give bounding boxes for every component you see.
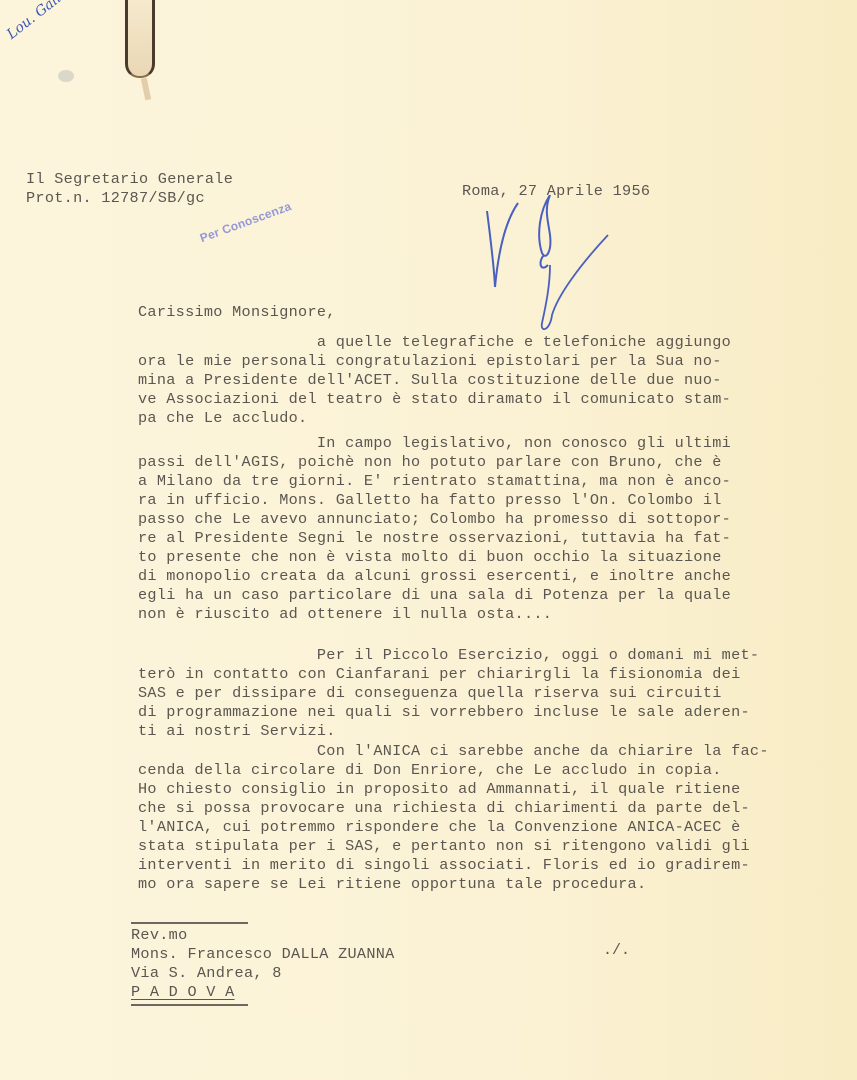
body-line: cenda della circolare di Don Enriore, ch… bbox=[138, 761, 722, 780]
divider-rule bbox=[131, 922, 248, 924]
recipient-street: Via S. Andrea, 8 bbox=[131, 964, 282, 983]
body-line: stata stipulata per i SAS, e pertanto no… bbox=[138, 837, 750, 856]
body-line: di monopolio creata da alcuni grossi ese… bbox=[138, 567, 731, 586]
protocol-number: Prot.n. 12787/SB/gc bbox=[26, 189, 205, 208]
letter-page: Lou. Galletto Il Segretario Generale Pro… bbox=[0, 0, 857, 1080]
handwritten-initials-icon bbox=[480, 195, 620, 335]
body-line: interventi in merito di singoli associat… bbox=[138, 856, 750, 875]
continuation-mark: ./. bbox=[603, 942, 630, 959]
body-line: passi dell'AGIS, poichè non ho potuto pa… bbox=[138, 453, 722, 472]
body-line: terò in contatto con Cianfarani per chia… bbox=[138, 665, 741, 684]
handwritten-note: Lou. Galletto bbox=[4, 0, 86, 43]
body-line: passo che Le avevo annunciato; Colombo h… bbox=[138, 510, 731, 529]
sender-title: Il Segretario Generale bbox=[26, 170, 233, 189]
body-line: ti ai nostri Servizi. bbox=[138, 722, 336, 741]
body-line: pa che Le accludo. bbox=[138, 409, 307, 428]
body-line: a quelle telegrafiche e telefoniche aggi… bbox=[138, 333, 731, 352]
body-line: di programmazione nei quali si vorrebber… bbox=[138, 703, 750, 722]
body-line: SAS e per dissipare di conseguenza quell… bbox=[138, 684, 722, 703]
body-line: mo ora sapere se Lei ritiene opportuna t… bbox=[138, 875, 646, 894]
per-conoscenza-stamp: Per Conoscenza bbox=[198, 199, 293, 245]
body-line: mina a Presidente dell'ACET. Sulla costi… bbox=[138, 371, 722, 390]
divider-rule bbox=[131, 1004, 248, 1006]
body-line: Per il Piccolo Esercizio, oggi o domani … bbox=[138, 646, 759, 665]
body-line: Ho chiesto consiglio in proposito ad Amm… bbox=[138, 780, 741, 799]
recipient-name: Mons. Francesco DALLA ZUANNA bbox=[131, 945, 395, 964]
body-line: a Milano da tre giorni. E' rientrato sta… bbox=[138, 472, 731, 491]
ink-smudge bbox=[58, 70, 74, 82]
body-line: Con l'ANICA ci sarebbe anche da chiarire… bbox=[138, 742, 769, 761]
body-line: che si possa provocare una richiesta di … bbox=[138, 799, 750, 818]
body-line: ve Associazioni del teatro è stato diram… bbox=[138, 390, 731, 409]
recipient-honorific: Rev.mo bbox=[131, 926, 187, 945]
body-line: egli ha un caso particolare di una sala … bbox=[138, 586, 731, 605]
recipient-city: P A D O V A bbox=[131, 983, 235, 1002]
body-line: ora le mie personali congratulazioni epi… bbox=[138, 352, 722, 371]
body-line: re al Presidente Segni le nostre osserva… bbox=[138, 529, 731, 548]
body-line: l'ANICA, cui potremmo rispondere che la … bbox=[138, 818, 741, 837]
salutation: Carissimo Monsignore, bbox=[138, 303, 336, 322]
body-line: In campo legislativo, non conosco gli ul… bbox=[138, 434, 731, 453]
paperclip-rust-mark bbox=[141, 78, 151, 101]
body-line: ra in ufficio. Mons. Galletto ha fatto p… bbox=[138, 491, 722, 510]
body-line: to presente che non è vista molto di buo… bbox=[138, 548, 722, 567]
paperclip-mark-icon bbox=[125, 0, 155, 78]
body-line: non è riuscito ad ottenere il nulla osta… bbox=[138, 605, 552, 624]
